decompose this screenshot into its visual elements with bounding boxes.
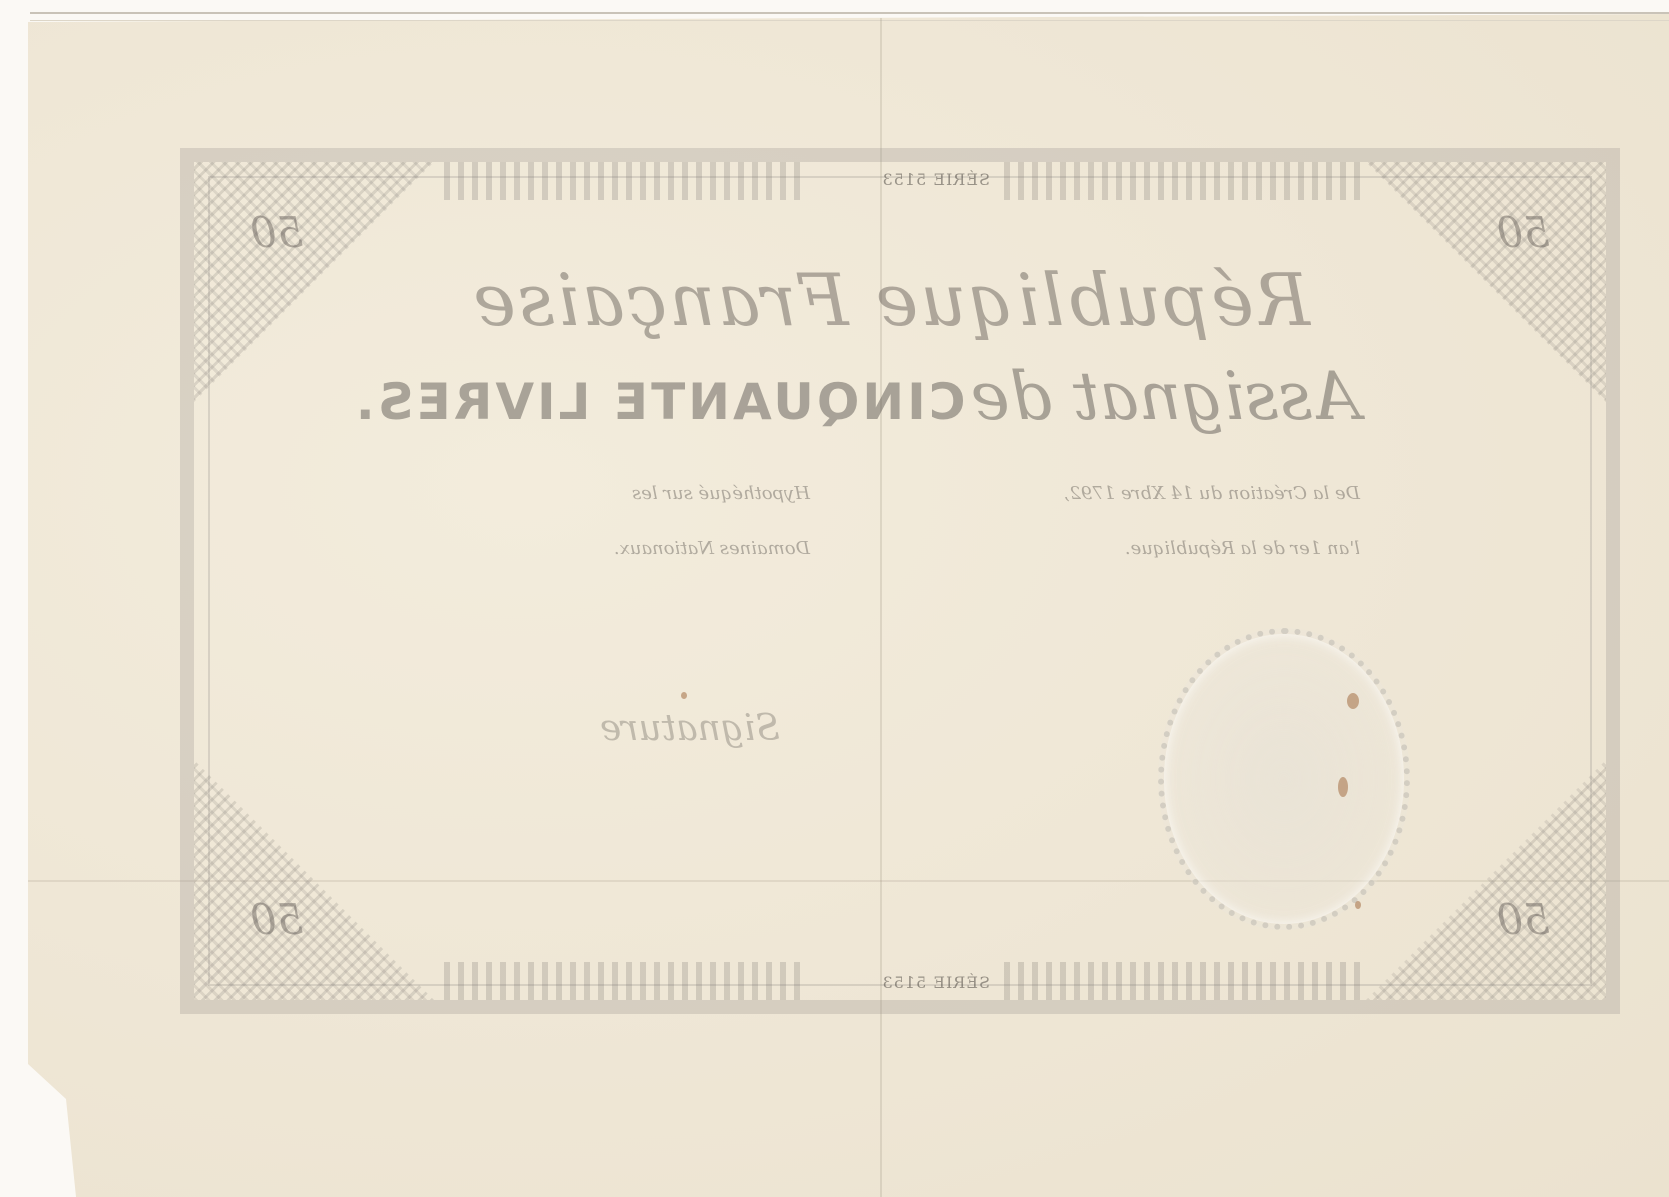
stain	[681, 692, 687, 699]
embossed-seal-icon	[1158, 628, 1410, 930]
corner-value: 50	[1497, 895, 1550, 944]
stain	[1338, 777, 1348, 797]
paper-top-edge	[30, 12, 1669, 21]
series-number-bottom: SÉRIE 5153	[882, 973, 991, 992]
creation-text: De la Création du 14 Xbre 1792,	[1064, 483, 1360, 504]
title-assignat: Assignat de	[971, 358, 1360, 435]
stain	[1347, 693, 1359, 709]
mortgage-text: Hypothéqué sur les	[632, 483, 810, 504]
corner-value: 50	[1497, 208, 1550, 257]
border-band	[440, 162, 800, 200]
year-text: l'an 1er de la République.	[1125, 538, 1360, 559]
assignat-showthrough: 50 50 50 50 SÉRIE 5153 SÉRIE 5153 Républ…	[180, 148, 1620, 1014]
corner-value: 50	[250, 208, 303, 257]
stain	[1355, 901, 1361, 909]
title-denomination: Assignat de CINQUANTE LIVRES.	[353, 358, 1360, 435]
series-number-top: SÉRIE 5153	[882, 170, 991, 189]
photo: 50 50 50 50 SÉRIE 5153 SÉRIE 5153 Républ…	[0, 0, 1669, 1197]
border-band	[1000, 162, 1360, 200]
domains-text: Domaines Nationaux.	[614, 538, 810, 559]
border-band	[440, 962, 800, 1000]
corner-value: 50	[250, 895, 303, 944]
signature: Signature	[600, 708, 780, 749]
title-republique: République Française	[471, 258, 1310, 342]
border-band	[1000, 962, 1360, 1000]
title-cinquante-livres: CINQUANTE LIVRES.	[353, 373, 966, 431]
